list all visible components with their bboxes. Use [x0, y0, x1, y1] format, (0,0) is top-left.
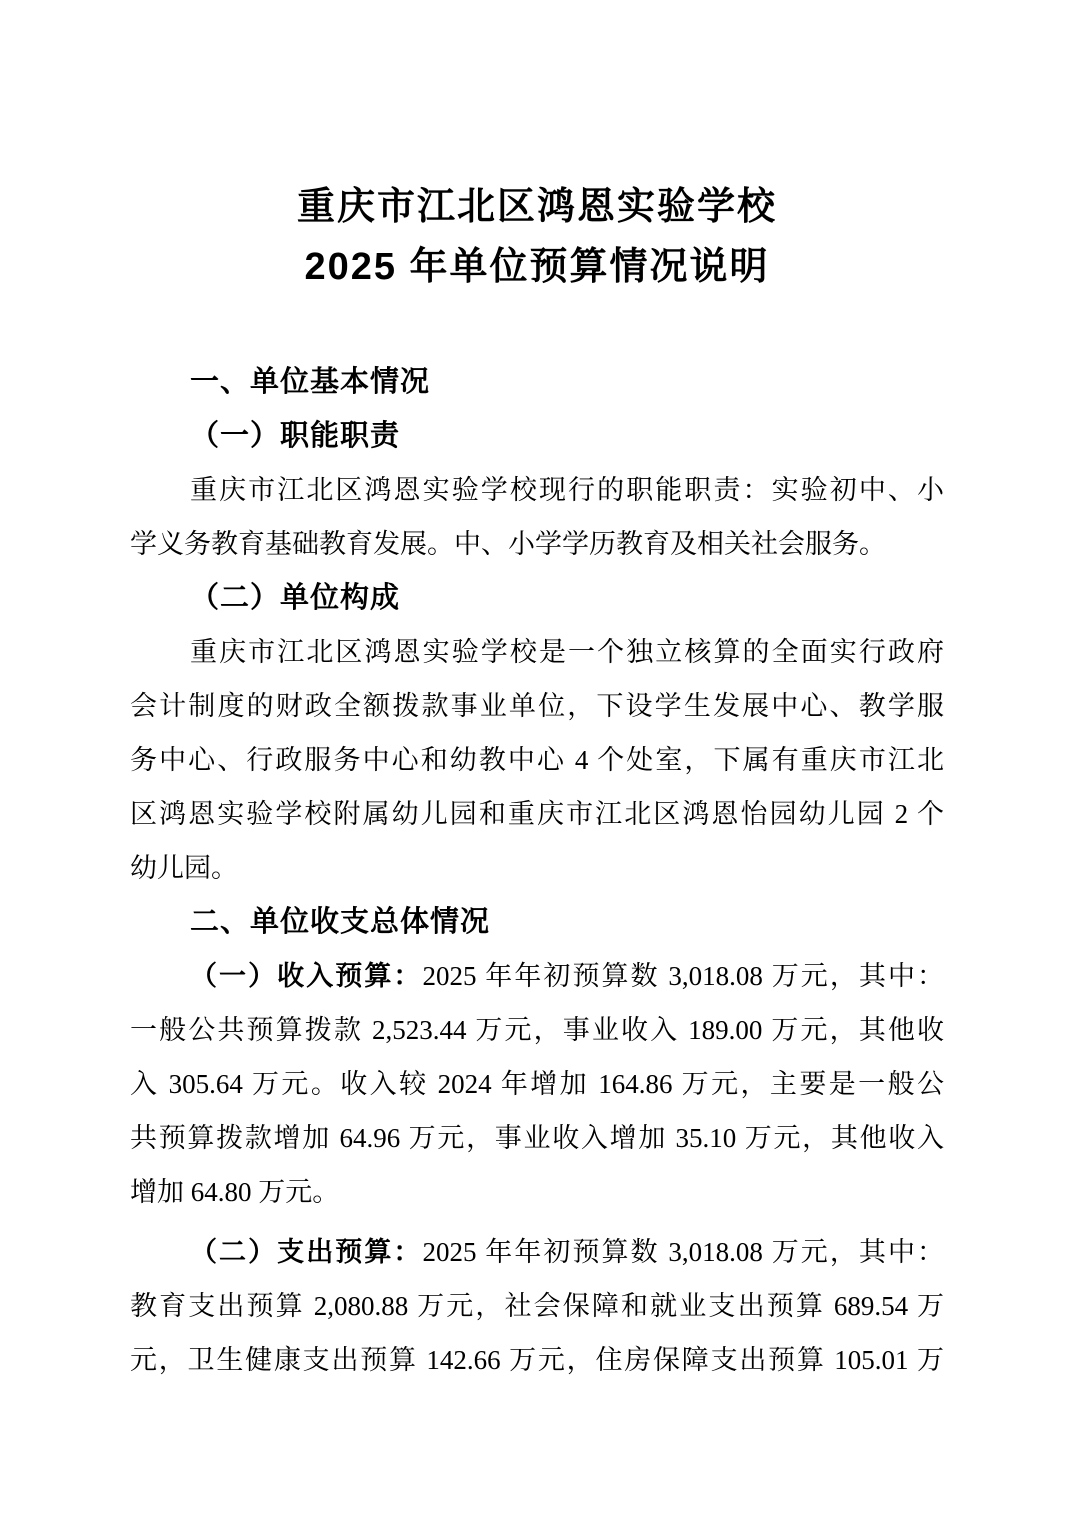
expenditure-budget-lead-line: （二）支出预算：2025 年年初预算数 3,018.08 万元，其中：	[130, 1225, 944, 1279]
paragraph-line: 务中心、行政服务中心和幼教中心 4 个处室，下属有重庆市江北	[130, 733, 944, 787]
section-1-1-heading: （一）职能职责	[130, 409, 944, 463]
paragraph-line: 重庆市江北区鸿恩实验学校是一个独立核算的全面实行政府	[130, 625, 944, 679]
paragraph-line: 教育支出预算 2,080.88 万元，社会保障和就业支出预算 689.54 万	[130, 1279, 944, 1333]
document-title-line-1: 重庆市江北区鸿恩实验学校	[130, 177, 944, 237]
document-title: 重庆市江北区鸿恩实验学校 2025 年单位预算情况说明	[130, 177, 944, 297]
paragraph-line: 一般公共预算拨款 2,523.44 万元，事业收入 189.00 万元，其他收	[130, 1003, 944, 1057]
paragraph-line: 幼儿园。	[130, 841, 944, 895]
document-body: 一、单位基本情况 （一）职能职责 重庆市江北区鸿恩实验学校现行的职能职责：实验初…	[130, 355, 944, 1387]
paragraph-line: 区鸿恩实验学校附属幼儿园和重庆市江北区鸿恩怡园幼儿园 2 个	[130, 787, 944, 841]
income-budget-label: （一）收入预算：	[190, 961, 422, 991]
section-2-heading: 二、单位收支总体情况	[130, 895, 944, 949]
paragraph-line: 学义务教育基础教育发展。中、小学学历教育及相关社会服务。	[130, 517, 944, 571]
income-budget-lead-line: （一）收入预算：2025 年年初预算数 3,018.08 万元，其中：	[130, 949, 944, 1003]
paragraph-line: 重庆市江北区鸿恩实验学校现行的职能职责：实验初中、小	[130, 463, 944, 517]
document-title-line-2: 2025 年单位预算情况说明	[130, 237, 944, 297]
section-1-heading: 一、单位基本情况	[130, 355, 944, 409]
document-page: 重庆市江北区鸿恩实验学校 2025 年单位预算情况说明 一、单位基本情况 （一）…	[0, 0, 1074, 1520]
section-1-2-heading: （二）单位构成	[130, 571, 944, 625]
paragraph-line: 会计制度的财政全额拨款事业单位，下设学生发展中心、教学服	[130, 679, 944, 733]
paragraph-line: 元，卫生健康支出预算 142.66 万元，住房保障支出预算 105.01 万	[130, 1333, 944, 1387]
expenditure-budget-summary: 2025 年年初预算数 3,018.08 万元，其中：	[422, 1237, 944, 1267]
paragraph-line: 入 305.64 万元。收入较 2024 年增加 164.86 万元，主要是一般…	[130, 1057, 944, 1111]
paragraph-line: 增加 64.80 万元。	[130, 1165, 944, 1219]
expenditure-budget-label: （二）支出预算：	[190, 1237, 422, 1267]
paragraph-line: 共预算拨款增加 64.96 万元，事业收入增加 35.10 万元，其他收入	[130, 1111, 944, 1165]
income-budget-summary: 2025 年年初预算数 3,018.08 万元，其中：	[422, 961, 944, 991]
